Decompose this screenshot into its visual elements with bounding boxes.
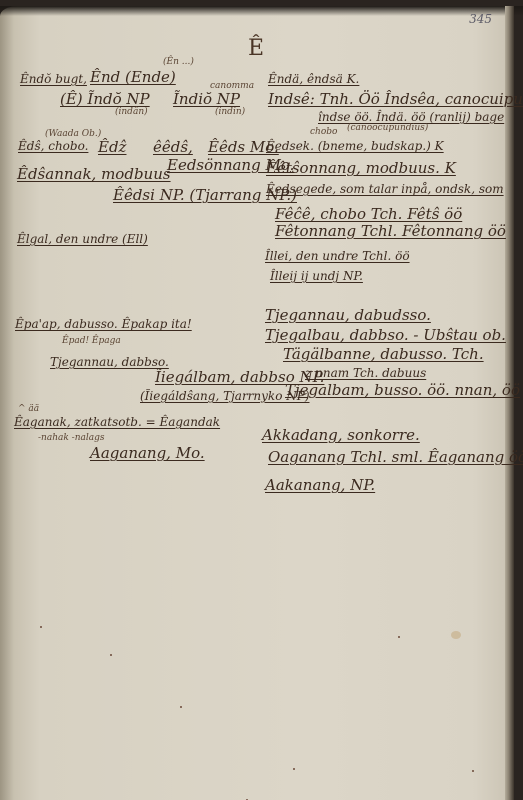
- page-number: 345: [469, 12, 492, 26]
- handwritten-entry: îndse öö. Îndä. öö (ranlij) bage: [318, 111, 504, 123]
- paper-stain: [451, 631, 461, 639]
- handwritten-entry: Akkadang, sonkorre.: [262, 428, 420, 443]
- handwritten-entry: Fêtonnang Tchl. Fêtonnang öö: [275, 224, 506, 239]
- page-edge: [505, 6, 514, 800]
- handwritten-entry: Tjegalbam, busso. öö. nnan, öö: [285, 383, 520, 398]
- handwritten-entry: Fêĉê, chobo Tch. Fêtŝ öö: [275, 207, 462, 222]
- handwritten-entry: Êêtŝonnang, modbuus. K: [266, 161, 456, 176]
- handwritten-entry: Tjegannau, dabbso.: [50, 356, 169, 368]
- handwritten-entry: (indân): [115, 108, 148, 117]
- handwritten-entry: Îllei, den undre Tchl. öö: [265, 250, 410, 262]
- handwritten-entry: -nahak -nalags: [38, 434, 105, 443]
- handwritten-entry: Ĩndiŏ NP: [173, 92, 240, 107]
- paper-speck: [110, 654, 112, 656]
- handwritten-entry: z nnam Tch. dabuus: [305, 367, 426, 379]
- handwritten-entry: canomma: [210, 82, 254, 91]
- handwritten-entry: Indsê: Tnh. Öö Îndsêa, canocuipu-: [268, 92, 523, 107]
- handwritten-entry: Êpa'ap, dabusso. Êpakap ita!: [15, 318, 192, 330]
- handwritten-entry: Êndŏ bugt,: [20, 73, 87, 85]
- paper-speck: [472, 770, 474, 772]
- handwritten-entry: Aaganang, Mo.: [90, 446, 205, 461]
- handwritten-entry: Îlleij ij undj NP.: [270, 270, 363, 282]
- handwritten-entry: (Ê) Ĩndŏ NP: [60, 92, 150, 107]
- handwritten-entry: Êdŝannak, modbuus: [17, 167, 171, 182]
- paper-speck: [293, 768, 295, 770]
- paper-speck: [398, 636, 400, 638]
- paper-speck: [180, 706, 182, 708]
- handwritten-entry: Oaganang Tchl. sml. Êaganang öö,: [268, 450, 523, 465]
- handwritten-entry: Tjegalbau, dabbso. - Ubŝtau ob.: [265, 328, 506, 343]
- handwritten-entry: êêdŝ,: [153, 140, 193, 155]
- handwritten-entry: Êedsegede, som talar inpå, ondsk, som: [266, 183, 504, 195]
- handwritten-entry: Êndä, êndsä K.: [268, 73, 359, 85]
- handwritten-entry: Êdŝ, chobo.: [18, 140, 88, 152]
- handwritten-entry: Tjegannau, dabudsso.: [265, 308, 431, 323]
- handwritten-entry: chobo: [310, 128, 337, 137]
- section-heading-letter: Ê: [248, 36, 264, 61]
- top-shadow: [0, 6, 523, 16]
- handwritten-entry: (indin): [215, 108, 245, 117]
- handwritten-entry: Êdẑ: [98, 140, 126, 155]
- handwritten-entry: Tägälbanne, dabusso. Tch.: [283, 347, 484, 362]
- handwritten-entry: (Ên ...): [163, 58, 194, 67]
- handwritten-entry: Êlgal, den undre (Ell): [17, 233, 148, 245]
- handwritten-entry: Êaganak, zatkatsotb. = Êagandak: [14, 416, 220, 428]
- manuscript-page: 345 Ê Êndŏ bugt,Ênd (Ende)(Ên ...)(Ê) Ĩn…: [0, 6, 514, 800]
- handwritten-entry: Êedsek. (bneme, budskap.) K: [266, 140, 444, 152]
- handwritten-entry: Êpad! Êpaga: [62, 337, 121, 346]
- handwritten-entry: ^ ää: [18, 405, 39, 414]
- handwritten-entry: Aakanang, NP.: [265, 478, 375, 493]
- handwritten-entry: Ênd (Ende): [90, 70, 176, 85]
- handwritten-entry: (canoocupundius): [347, 124, 428, 133]
- handwritten-entry: (Waada Ob.): [45, 130, 101, 139]
- paper-speck: [40, 626, 42, 628]
